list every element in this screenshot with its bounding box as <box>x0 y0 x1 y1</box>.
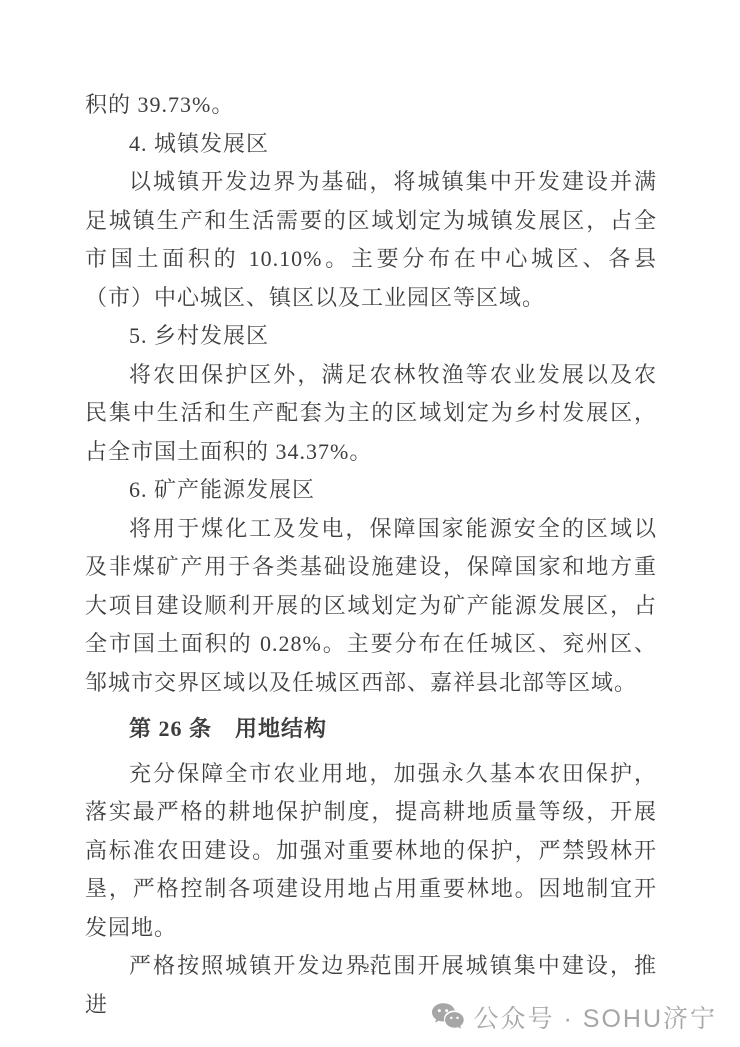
document-content: 积的 39.73%。4. 城镇发展区以城镇开发边界为基础，将城镇集中开发建设并满… <box>85 86 657 1024</box>
zone-subheading: 6. 矿产能源发展区 <box>85 471 657 510</box>
zone-subheading: 5. 乡村发展区 <box>85 317 657 356</box>
wechat-icon <box>431 1002 465 1032</box>
watermark: 公众号 · SOHU济宁 <box>431 999 717 1035</box>
body-paragraph: 以城镇开发边界为基础，将城镇集中开发建设并满足城镇生产和生活需要的区域划定为城镇… <box>85 163 657 317</box>
watermark-text: 公众号 · SOHU济宁 <box>474 999 717 1035</box>
article-heading: 第 26 条 用地结构 <box>85 710 657 749</box>
body-paragraph: 将农田保护区外，满足农林牧渔等农业发展以及农民集中生活和生产配套为主的区域划定为… <box>85 356 657 472</box>
body-paragraph-continuation: 积的 39.73%。 <box>85 86 657 125</box>
body-paragraph: 充分保障全市农业用地，加强永久基本农田保护，落实最严格的耕地保护制度，提高耕地质… <box>85 755 657 948</box>
document-page: 积的 39.73%。4. 城镇发展区以城镇开发边界为基础，将城镇集中开发建设并满… <box>0 0 740 1047</box>
page-number: 21 <box>0 960 740 976</box>
zone-subheading: 4. 城镇发展区 <box>85 125 657 164</box>
body-paragraph: 将用于煤化工及发电，保障国家能源安全的区域以及非煤矿产用于各类基础设施建设，保障… <box>85 510 657 703</box>
